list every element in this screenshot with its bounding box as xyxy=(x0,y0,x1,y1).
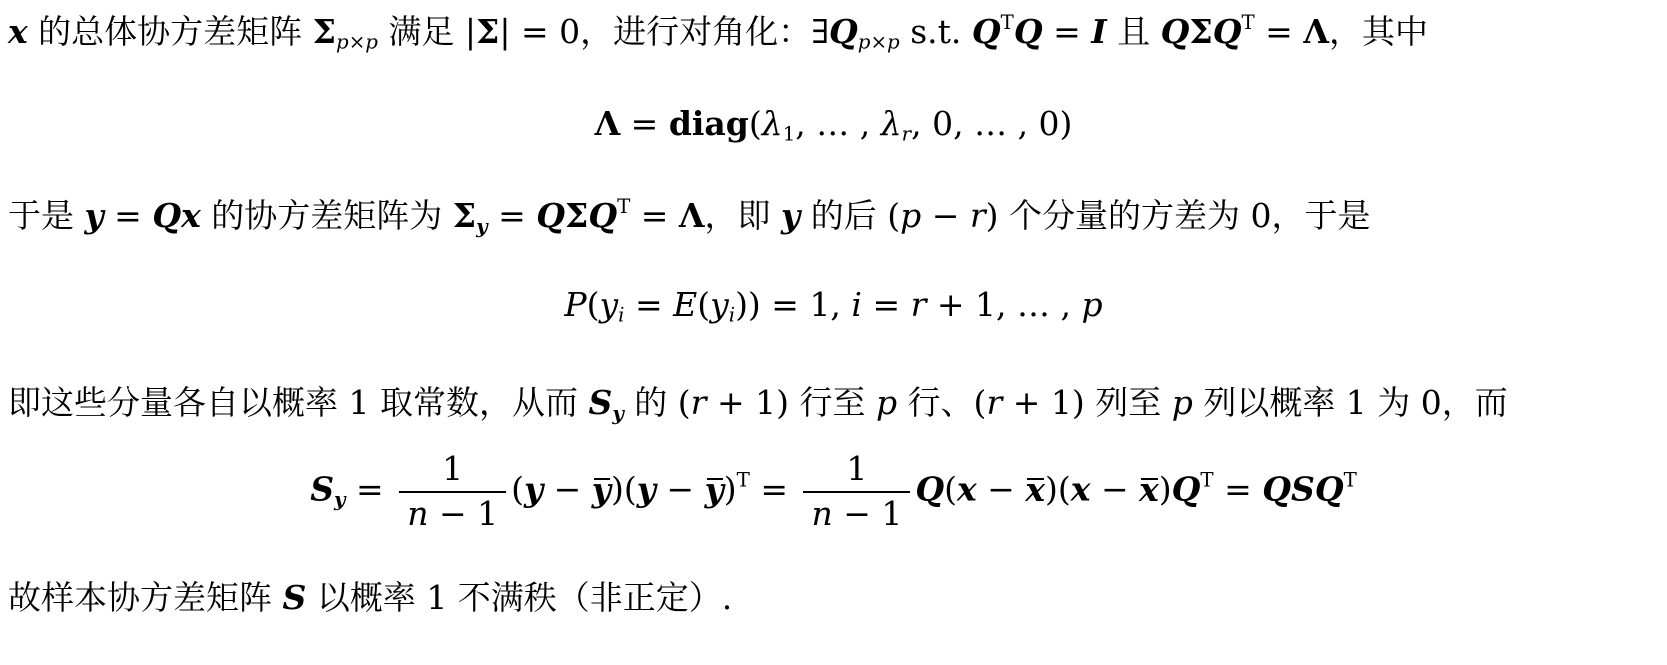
math-token-sub: p×p xyxy=(336,31,378,54)
math-token-bi: x xyxy=(957,470,977,509)
math-token-sub: y xyxy=(334,488,346,511)
math-token-i: n xyxy=(811,494,832,533)
math-token-i: r xyxy=(902,123,911,146)
math-token-bi: y xyxy=(637,470,656,509)
paragraph-components-constant: 即这些分量各自以概率 1 取常数，从而 Sy 的 (r + 1) 行至 p 行、… xyxy=(8,381,1659,426)
math-token-t: ∃ xyxy=(811,12,829,51)
math-token-t: − xyxy=(543,470,592,509)
math-token-sub: r xyxy=(902,123,911,146)
math-token-i: p xyxy=(336,31,349,54)
math-token-b: Σ xyxy=(313,12,336,51)
math-token-b: Σ xyxy=(476,12,499,51)
math-token-bi: Q xyxy=(1161,12,1190,51)
math-token-t: 1 xyxy=(442,449,463,488)
math-token-bi: Q xyxy=(1262,470,1291,509)
math-token-t: − xyxy=(1090,470,1139,509)
math-token-t: + 1) 列至 xyxy=(1002,383,1171,422)
math-token-t: ( xyxy=(587,285,600,324)
math-token-t: ，即 xyxy=(705,196,782,235)
math-token-t: 行、( xyxy=(897,383,986,422)
math-token-b: Σ xyxy=(565,196,588,235)
math-token-t: T xyxy=(1200,468,1213,491)
math-token-bi: Q xyxy=(1014,12,1043,51)
math-token-i: r xyxy=(970,196,986,235)
math-token-i: E xyxy=(673,285,697,324)
math-token-t: = xyxy=(104,196,153,235)
math-token-sup: T xyxy=(1001,11,1014,34)
math-token-sup: T xyxy=(737,468,750,491)
math-token-t: 的 ( xyxy=(624,383,691,422)
math-token-t: − xyxy=(921,196,970,235)
math-token-bi: x xyxy=(1025,470,1045,509)
math-token-t: + 1) 行至 xyxy=(706,383,875,422)
math-token-t: , … , xyxy=(795,104,880,143)
math-token-bi: S xyxy=(588,383,612,422)
math-token-sup: T xyxy=(1241,11,1254,34)
math-token-t: = xyxy=(1214,470,1263,509)
math-token-i: i xyxy=(851,285,862,324)
math-token-t: , 0, … , 0) xyxy=(911,104,1072,143)
math-token-t: 即这些分量各自以概率 1 取常数，从而 xyxy=(8,383,588,422)
math-token-t: − xyxy=(656,470,705,509)
math-token-t: | = 0，进行对角化： xyxy=(499,12,811,51)
math-token-t: ，其中 xyxy=(1329,12,1428,51)
math-token-t: = xyxy=(624,285,673,324)
math-token-i: p xyxy=(900,196,921,235)
math-token-bi: y xyxy=(334,487,346,511)
math-token-frac: 1n − 1 xyxy=(803,452,910,531)
math-token-t: × xyxy=(349,31,366,54)
math-token-b: Λ xyxy=(1303,12,1329,51)
math-token-i: P xyxy=(564,285,586,324)
math-token-bi: I xyxy=(1091,12,1106,51)
math-token-t: − 1 xyxy=(833,494,903,533)
math-token-frac: 1n − 1 xyxy=(399,452,506,531)
fraction-denominator: n − 1 xyxy=(803,493,910,532)
math-token-t: = xyxy=(488,196,537,235)
math-token-sup: T xyxy=(1344,468,1357,491)
math-token-bi: Q xyxy=(915,470,944,509)
math-token-bi: y xyxy=(592,470,611,509)
fraction-numerator: 1 xyxy=(803,452,910,493)
math-token-t: 于是 xyxy=(8,196,85,235)
math-token-i: λ xyxy=(762,104,783,143)
math-token-t: = xyxy=(630,196,679,235)
math-token-bi: x xyxy=(181,196,201,235)
math-token-bi: x xyxy=(1139,470,1159,509)
math-token-t: T xyxy=(1344,468,1357,491)
math-token-b: diag xyxy=(669,104,749,143)
math-token-t: = xyxy=(620,104,669,143)
math-token-t: )( xyxy=(1045,470,1071,509)
equation-lambda-diag: Λ = diag(λ1, … , λr, 0, … , 0) xyxy=(8,102,1659,147)
math-token-i: y xyxy=(599,285,618,324)
math-token-sup: T xyxy=(1200,468,1213,491)
math-token-i: r xyxy=(911,285,927,324)
equation-probability: P(yi = E(yi)) = 1, i = r + 1, … , p xyxy=(8,283,1659,328)
math-token-t: = xyxy=(750,470,799,509)
math-token-sub: p×p xyxy=(858,31,900,54)
fraction-denominator: n − 1 xyxy=(399,493,506,532)
math-token-t: ) xyxy=(1159,470,1172,509)
math-token-t: ) 个分量的方差为 0，于是 xyxy=(986,196,1371,235)
paragraph-conclusion: 故样本协方差矩阵 S 以概率 1 不满秩（非正定）. xyxy=(8,576,1659,621)
math-token-t: 1 xyxy=(783,123,796,146)
fraction-numerator: 1 xyxy=(399,452,506,493)
math-token-i: p xyxy=(365,31,378,54)
math-token-bi: x xyxy=(8,12,28,51)
math-token-t: 的后 ( xyxy=(800,196,900,235)
math-token-bi: Q xyxy=(536,196,565,235)
math-token-t: ( xyxy=(697,285,710,324)
math-token-t: 故样本协方差矩阵 xyxy=(8,578,283,617)
math-token-t: 1 xyxy=(846,449,867,488)
math-token-i: p xyxy=(887,31,900,54)
math-token-bi: x xyxy=(1071,470,1091,509)
math-token-t: × xyxy=(870,31,887,54)
math-token-t: − 1 xyxy=(428,494,498,533)
math-token-b: Λ xyxy=(679,196,705,235)
math-token-i: p xyxy=(858,31,871,54)
math-token-sup: T xyxy=(617,195,630,218)
math-token-bi: Q xyxy=(1172,470,1201,509)
math-token-t: T xyxy=(737,468,750,491)
math-token-bi: y xyxy=(476,214,488,238)
math-token-bi: Q xyxy=(588,196,617,235)
math-token-t: )( xyxy=(611,470,637,509)
math-token-t: T xyxy=(617,195,630,218)
math-token-t: 的总体协方差矩阵 xyxy=(28,12,313,51)
math-token-t: s.t. xyxy=(900,12,972,51)
math-token-bi: Q xyxy=(1315,470,1344,509)
math-token-i: n xyxy=(407,494,428,533)
math-token-sub: 1 xyxy=(783,123,796,146)
math-token-bi: y xyxy=(85,196,104,235)
math-token-i: p xyxy=(1081,285,1102,324)
math-token-bar: x xyxy=(1025,468,1045,513)
math-token-bar: x xyxy=(1139,468,1159,513)
math-token-bi: S xyxy=(310,470,334,509)
math-token-bar: y xyxy=(592,468,611,513)
math-token-b: Σ xyxy=(453,196,476,235)
math-token-t: 且 xyxy=(1107,12,1161,51)
math-token-bi: Q xyxy=(1213,12,1242,51)
math-token-t: T xyxy=(1001,11,1014,34)
paragraph-population-covariance: x 的总体协方差矩阵 Σp×p 满足 |Σ| = 0，进行对角化：∃Qp×p s… xyxy=(8,10,1659,55)
math-token-bi: S xyxy=(1291,470,1315,509)
math-token-t: 满足 | xyxy=(378,12,476,51)
math-document: x 的总体协方差矩阵 Σp×p 满足 |Σ| = 0，进行对角化：∃Qp×p s… xyxy=(0,0,1667,665)
math-token-bi: Q xyxy=(829,12,858,51)
math-token-i: r xyxy=(691,383,707,422)
math-token-i: p xyxy=(876,383,897,422)
paragraph-y-covariance: 于是 y = Qx 的协方差矩阵为 Σy = QΣQT = Λ，即 y 的后 (… xyxy=(8,194,1659,239)
math-token-t: = xyxy=(1255,12,1304,51)
math-token-b: Σ xyxy=(1189,12,1212,51)
math-token-i: y xyxy=(710,285,729,324)
math-token-t: ( xyxy=(511,470,524,509)
math-token-bi: y xyxy=(524,470,543,509)
math-token-t: 的协方差矩阵为 xyxy=(201,196,453,235)
math-token-t: 列以概率 1 为 0，而 xyxy=(1193,383,1508,422)
math-token-bi: Q xyxy=(972,12,1001,51)
math-token-bar: y xyxy=(705,468,724,513)
equation-sample-covariance: Sy = 1n − 1(y − y)(y − y)T = 1n − 1Q(x −… xyxy=(8,452,1659,531)
math-token-bi: y xyxy=(781,196,800,235)
math-token-i: p xyxy=(1172,383,1193,422)
math-token-i: r xyxy=(986,383,1002,422)
math-token-b: Λ xyxy=(595,104,621,143)
math-token-bi: y xyxy=(705,470,724,509)
math-token-t: = xyxy=(862,285,911,324)
math-token-t: )) = 1, xyxy=(735,285,851,324)
math-token-t: ( xyxy=(749,104,762,143)
math-token-t: T xyxy=(1241,11,1254,34)
math-token-t: = xyxy=(346,470,395,509)
math-token-bi: S xyxy=(283,578,307,617)
math-token-t: − xyxy=(977,470,1026,509)
math-token-bi: y xyxy=(612,401,624,425)
math-token-t: ) xyxy=(724,470,737,509)
math-token-t: = xyxy=(1043,12,1092,51)
math-token-sub: y xyxy=(476,215,488,238)
math-token-t: ( xyxy=(944,470,957,509)
math-token-bi: Q xyxy=(152,196,181,235)
math-token-sub: y xyxy=(612,402,624,425)
math-token-t: + 1, … , xyxy=(926,285,1081,324)
math-token-i: λ xyxy=(881,104,902,143)
math-token-t: 以概率 1 不满秩（非正定）. xyxy=(306,578,732,617)
